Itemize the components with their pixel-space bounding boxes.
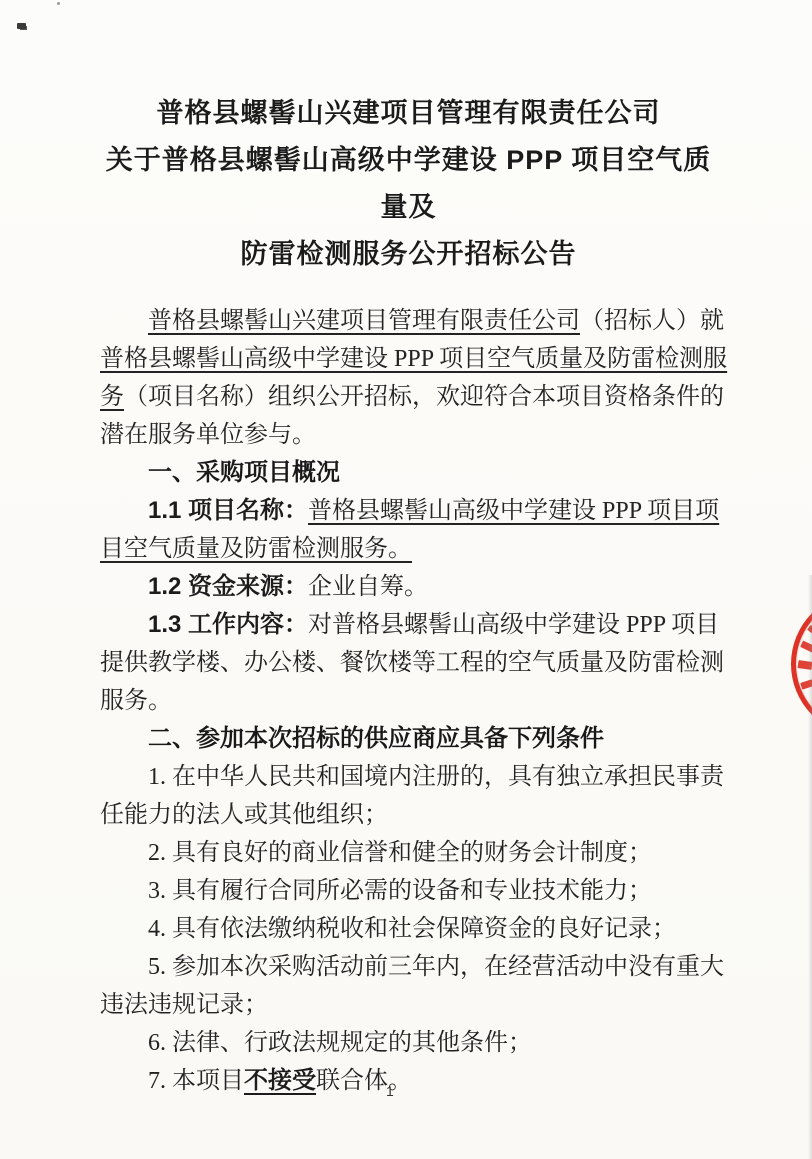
paragraph-line: 服务。 bbox=[100, 682, 717, 720]
text-segment: 1. 在中华人民共和国境内注册的，具有独立承担民事责 bbox=[148, 764, 724, 790]
paragraph-line: 4. 具有依法缴纳税收和社会保障资金的良好记录； bbox=[100, 910, 717, 948]
text-segment: 2. 具有良好的商业信誉和健全的财务会计制度； bbox=[148, 840, 652, 866]
text-segment: 4. 具有依法缴纳税收和社会保障资金的良好记录； bbox=[148, 916, 676, 942]
text-segment: 普格县螺髻山高级中学建设 PPP 项目空气质量及防雷检测服 bbox=[100, 346, 727, 372]
paragraph-line: 5. 参加本次采购活动前三年内，在经营活动中没有重大 bbox=[100, 948, 717, 986]
scan-speck bbox=[57, 2, 60, 5]
text-segment: （项目名称）组织公开招标，欢迎符合本项目资格条件的 bbox=[124, 384, 724, 410]
paragraph-line: 1.3 工作内容：对普格县螺髻山高级中学建设 PPP 项目 bbox=[100, 606, 717, 644]
section-heading: 二、参加本次招标的供应商应具备下列条件 bbox=[100, 720, 717, 758]
text-segment: 5. 参加本次采购活动前三年内，在经营活动中没有重大 bbox=[148, 954, 724, 980]
text-segment: 不接受 bbox=[244, 1067, 316, 1094]
text-segment: 6. 法律、行政法规规定的其他条件； bbox=[148, 1030, 532, 1056]
text-segment: 普格县螺髻山高级中学建设 PPP 项目项 bbox=[308, 498, 719, 524]
paragraph-line: 3. 具有履行合同所必需的设备和专业技术能力； bbox=[100, 872, 717, 910]
text-segment: 1.2 资金来源： bbox=[148, 573, 308, 600]
paragraph-line: 普格县螺髻山高级中学建设 PPP 项目空气质量及防雷检测服 bbox=[100, 340, 717, 378]
text-segment: （招标人）就 bbox=[580, 308, 724, 334]
paragraph-line: 1. 在中华人民共和国境内注册的，具有独立承担民事责 bbox=[100, 758, 717, 796]
text-segment: 对普格县螺髻山高级中学建设 PPP 项目 bbox=[308, 612, 719, 638]
page-number: 1 bbox=[386, 1083, 394, 1099]
scan-edge-shadow bbox=[808, 575, 812, 1159]
paragraph-line: 务（项目名称）组织公开招标，欢迎符合本项目资格条件的 bbox=[100, 378, 717, 416]
paragraph-line: 1.2 资金来源：企业自筹。 bbox=[100, 568, 717, 606]
paragraph-line: 潜在服务单位参与。 bbox=[100, 416, 717, 454]
paragraph-line: 1.1 项目名称：普格县螺髻山高级中学建设 PPP 项目项 bbox=[100, 492, 717, 530]
paragraph-line: 违法违规记录； bbox=[100, 986, 717, 1024]
title-line: 关于普格县螺髻山高级中学建设 PPP 项目空气质量及 bbox=[100, 137, 717, 231]
text-segment: 任能力的法人或其他组织； bbox=[100, 802, 388, 828]
text-segment: 违法违规记录； bbox=[100, 992, 268, 1018]
text-segment: 普格县螺髻山兴建项目管理有限责任公司 bbox=[148, 308, 580, 334]
text-segment: 7. 本项目 bbox=[148, 1068, 244, 1094]
document-content: 普格县螺髻山兴建项目管理有限责任公司关于普格县螺髻山高级中学建设 PPP 项目空… bbox=[0, 0, 812, 1100]
text-segment: 服务。 bbox=[100, 688, 172, 714]
paragraph-line: 目空气质量及防雷检测服务。 bbox=[100, 530, 717, 568]
scanned-document-page: 普格县螺髻山兴建项目管理有限责任公司关于普格县螺髻山高级中学建设 PPP 项目空… bbox=[0, 0, 812, 1159]
text-segment: 企业自筹。 bbox=[308, 574, 428, 600]
title-line: 普格县螺髻山兴建项目管理有限责任公司 bbox=[100, 90, 717, 137]
scan-speck bbox=[17, 23, 26, 29]
text-segment: 联合体。 bbox=[316, 1068, 412, 1094]
paragraph-line: 2. 具有良好的商业信誉和健全的财务会计制度； bbox=[100, 834, 717, 872]
text-segment: 一、采购项目概况 bbox=[148, 459, 340, 486]
paragraph-line: 任能力的法人或其他组织； bbox=[100, 796, 717, 834]
section-heading: 一、采购项目概况 bbox=[100, 454, 717, 492]
text-segment: 潜在服务单位参与。 bbox=[100, 422, 316, 448]
document-body: 普格县螺髻山兴建项目管理有限责任公司（招标人）就普格县螺髻山高级中学建设 PPP… bbox=[100, 302, 717, 1100]
title-line: 防雷检测服务公开招标公告 bbox=[100, 231, 717, 278]
paragraph-line: 普格县螺髻山兴建项目管理有限责任公司（招标人）就 bbox=[100, 302, 717, 340]
text-segment: 1.3 工作内容： bbox=[148, 611, 308, 638]
paragraph-line: 提供教学楼、办公楼、餐饮楼等工程的空气质量及防雷检测 bbox=[100, 644, 717, 682]
document-title: 普格县螺髻山兴建项目管理有限责任公司关于普格县螺髻山高级中学建设 PPP 项目空… bbox=[100, 90, 717, 278]
paragraph-line: 6. 法律、行政法规规定的其他条件； bbox=[100, 1024, 717, 1062]
text-segment: 务 bbox=[100, 384, 124, 410]
paragraph-line: 7. 本项目不接受联合体。 bbox=[100, 1062, 717, 1100]
text-segment: 提供教学楼、办公楼、餐饮楼等工程的空气质量及防雷检测 bbox=[100, 650, 724, 676]
text-segment: 1.1 项目名称： bbox=[148, 497, 308, 524]
text-segment: 3. 具有履行合同所必需的设备和专业技术能力； bbox=[148, 878, 652, 904]
text-segment: 二、参加本次招标的供应商应具备下列条件 bbox=[148, 725, 604, 752]
text-segment: 目空气质量及防雷检测服务。 bbox=[100, 536, 412, 562]
